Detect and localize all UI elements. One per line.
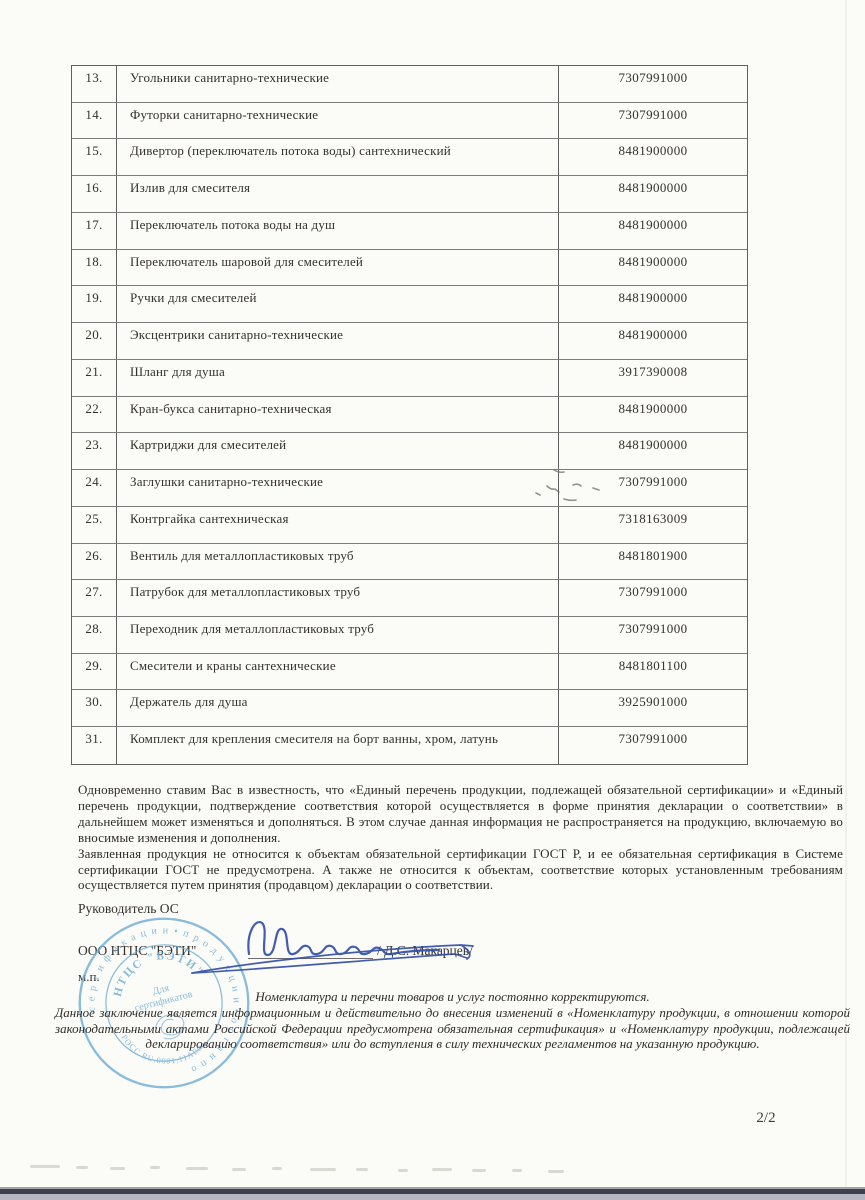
product-name-cell: Дивертор (переключатель потока воды) сан… <box>117 139 559 175</box>
pencil-smudge-marks <box>520 455 650 515</box>
scanner-band-footer <box>0 1194 865 1200</box>
scanned-document-page: 13. Угольники санитарно-технические 7307… <box>0 0 865 1200</box>
scan-smudge <box>548 1170 564 1173</box>
product-name-cell: Кран-букса санитарно-техническая <box>117 397 559 433</box>
product-name-cell: Излив для смесителя <box>117 176 559 212</box>
tnved-code-cell: 8481900000 <box>559 250 747 286</box>
table-row: 26. Вентиль для металлопластиковых труб … <box>72 544 747 581</box>
product-name-cell: Угольники санитарно-технические <box>117 66 559 102</box>
product-name-cell: Заглушки санитарно-технические <box>117 470 559 506</box>
tnved-code-cell: 7307991000 <box>559 103 747 139</box>
scan-smudge <box>432 1168 452 1171</box>
product-name-cell: Переключатель потока воды на душ <box>117 213 559 249</box>
tnved-code-cell: 7307991000 <box>559 727 747 764</box>
signature-flourish-lower <box>192 954 467 973</box>
scan-smudge <box>110 1167 125 1170</box>
table-row: 15. Дивертор (переключатель потока воды)… <box>72 139 747 176</box>
row-number-cell: 14. <box>72 103 117 139</box>
tnved-code-cell: 8481900000 <box>559 397 747 433</box>
row-number-cell: 16. <box>72 176 117 212</box>
row-number-cell: 29. <box>72 654 117 690</box>
product-name-cell: Переключатель шаровой для смесителей <box>117 250 559 286</box>
table-row: 29. Смесители и краны сантехнические 848… <box>72 654 747 691</box>
tnved-code-cell: 8481900000 <box>559 213 747 249</box>
tnved-code-cell: 7307991000 <box>559 580 747 616</box>
table-row: 22. Кран-букса санитарно-техническая 848… <box>72 397 747 434</box>
product-name-cell: Контргайка сантехническая <box>117 507 559 543</box>
row-number-cell: 17. <box>72 213 117 249</box>
row-number-cell: 27. <box>72 580 117 616</box>
table-row: 13. Угольники санитарно-технические 7307… <box>72 66 747 103</box>
signature-scribble <box>248 922 439 955</box>
row-number-cell: 28. <box>72 617 117 653</box>
product-name-cell: Шланг для душа <box>117 360 559 396</box>
product-name-cell: Переходник для металлопластиковых труб <box>117 617 559 653</box>
row-number-cell: 18. <box>72 250 117 286</box>
table-row: 18. Переключатель шаровой для смесителей… <box>72 250 747 287</box>
row-number-cell: 26. <box>72 544 117 580</box>
row-number-cell: 25. <box>72 507 117 543</box>
tnved-code-cell: 8481900000 <box>559 139 747 175</box>
paragraph-gost-statement: Заявленная продукция не относится к объе… <box>78 846 843 894</box>
product-name-cell: Футорки санитарно-технические <box>117 103 559 139</box>
paragraph-certification-lists: Одновременно ставим Вас в известность, ч… <box>78 782 843 846</box>
table-row: 16. Излив для смесителя 8481900000 <box>72 176 747 213</box>
product-name-cell: Смесители и краны сантехнические <box>117 654 559 690</box>
table-row: 30. Держатель для душа 3925901000 <box>72 690 747 727</box>
row-number-cell: 20. <box>72 323 117 359</box>
scan-smudge <box>398 1169 408 1172</box>
tnved-code-cell: 7307991000 <box>559 66 747 102</box>
handwritten-signature <box>183 910 528 990</box>
page-number: 2/2 <box>744 1110 788 1127</box>
scan-smudge <box>356 1168 368 1171</box>
scan-smudge <box>30 1165 60 1168</box>
table-row: 19. Ручки для смесителей 8481900000 <box>72 286 747 323</box>
table-row: 28. Переходник для металлопластиковых тр… <box>72 617 747 654</box>
product-name-cell: Держатель для душа <box>117 690 559 726</box>
table-row: 21. Шланг для душа 3917390008 <box>72 360 747 397</box>
product-name-cell: Вентиль для металлопластиковых труб <box>117 544 559 580</box>
table-row: 20. Эксцентрики санитарно-технические 84… <box>72 323 747 360</box>
tnved-code-cell: 3925901000 <box>559 690 747 726</box>
scan-smudge <box>472 1169 486 1172</box>
product-name-cell: Картриджи для смесителей <box>117 433 559 469</box>
tnved-code-cell: 8481900000 <box>559 323 747 359</box>
row-number-cell: 23. <box>72 433 117 469</box>
row-number-cell: 31. <box>72 727 117 764</box>
table-row: 14. Футорки санитарно-технические 730799… <box>72 103 747 140</box>
table-row: 31. Комплект для крепления смесителя на … <box>72 727 747 764</box>
row-number-cell: 15. <box>72 139 117 175</box>
scan-smudge <box>150 1166 160 1169</box>
table-row: 17. Переключатель потока воды на душ 848… <box>72 213 747 250</box>
scan-smudge <box>232 1168 246 1171</box>
tnved-code-cell: 8481801900 <box>559 544 747 580</box>
tnved-code-cell: 3917390008 <box>559 360 747 396</box>
row-number-cell: 19. <box>72 286 117 322</box>
footnote-body: Данное заключение является информационны… <box>55 1005 850 1052</box>
product-name-cell: Ручки для смесителей <box>117 286 559 322</box>
scan-smudge <box>512 1169 522 1172</box>
product-name-cell: Эксцентрики санитарно-технические <box>117 323 559 359</box>
row-number-cell: 21. <box>72 360 117 396</box>
scan-smudge <box>186 1167 208 1170</box>
row-number-cell: 13. <box>72 66 117 102</box>
scan-smudge <box>310 1168 336 1171</box>
legal-text-block: Одновременно ставим Вас в известность, ч… <box>78 782 843 893</box>
tnved-code-cell: 7307991000 <box>559 617 747 653</box>
row-number-cell: 24. <box>72 470 117 506</box>
product-name-cell: Комплект для крепления смесителя на борт… <box>117 727 559 764</box>
table-row: 27. Патрубок для металлопластиковых труб… <box>72 580 747 617</box>
tnved-code-cell: 8481900000 <box>559 176 747 212</box>
tnved-code-cell: 8481801100 <box>559 654 747 690</box>
product-name-cell: Патрубок для металлопластиковых труб <box>117 580 559 616</box>
row-number-cell: 22. <box>72 397 117 433</box>
row-number-cell: 30. <box>72 690 117 726</box>
scan-smudge <box>272 1167 282 1170</box>
tnved-code-cell: 8481900000 <box>559 286 747 322</box>
product-code-table: 13. Угольники санитарно-технические 7307… <box>71 65 748 765</box>
footnote-heading: Номенклатура и перечни товаров и услуг п… <box>55 989 850 1005</box>
scan-smudge <box>76 1166 88 1169</box>
